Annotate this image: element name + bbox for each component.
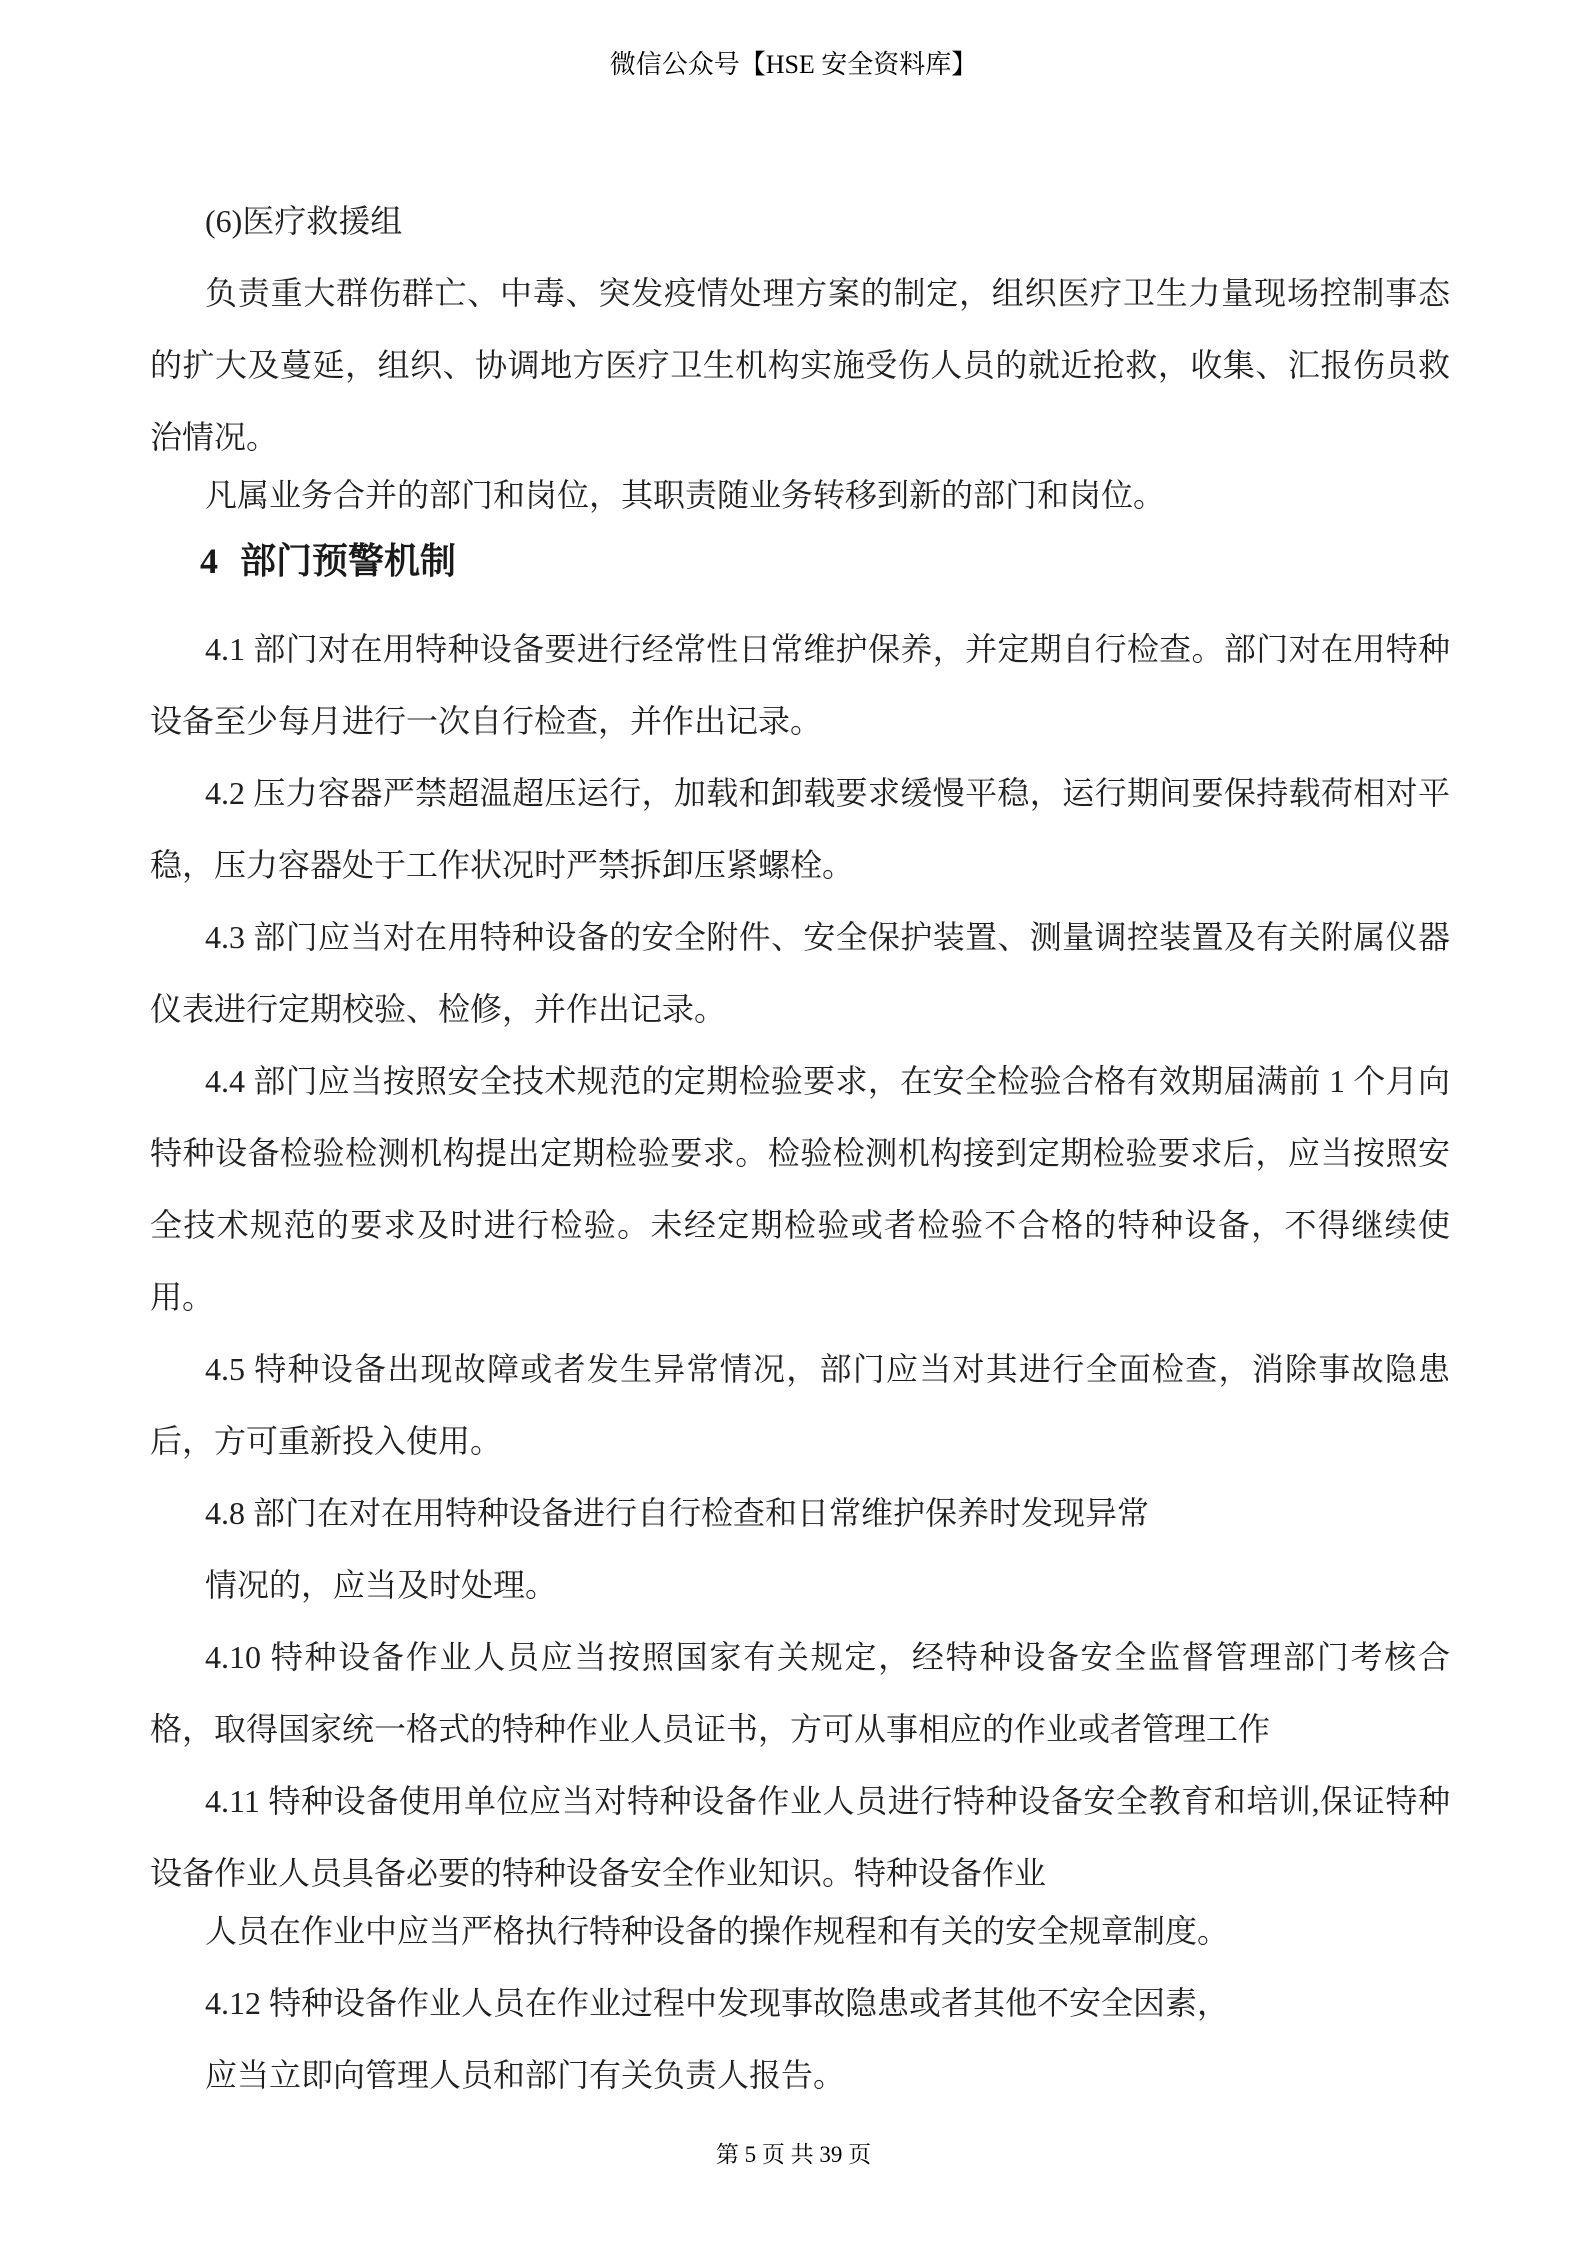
para-4-12: 4.12 特种设备作业人员在作业过程中发现事故隐患或者其他不安全因素， [150,1967,1450,2039]
para-medical-rescue-duties: 负责重大群伤群亡、中毒、突发疫情处理方案的制定，组织医疗卫生力量现场控制事态的扩… [150,257,1450,473]
para-4-2: 4.2 压力容器严禁超温超压运行，加载和卸载要求缓慢平稳，运行期间要保持载荷相对… [150,757,1450,901]
para-6-medical-rescue-group: (6)医疗救援组 [150,185,1450,257]
document-header: 微信公众号【HSE 安全资料库】 [0,48,1587,82]
para-4-4: 4.4 部门应当按照安全技术规范的定期检验要求，在安全检验合格有效期届满前 1 … [150,1045,1450,1333]
para-4-10: 4.10 特种设备作业人员应当按照国家有关规定，经特种设备安全监督管理部门考核合… [150,1621,1450,1765]
document-body: (6)医疗救援组 负责重大群伤群亡、中毒、突发疫情处理方案的制定，组织医疗卫生力… [150,185,1450,2111]
section-number: 4 [200,541,218,581]
para-merged-departments: 凡属业务合并的部门和岗位，其职责随业务转移到新的部门和岗位。 [150,459,1450,531]
para-4-8-continuation: 情况的，应当及时处理。 [150,1549,1450,1621]
para-4-12-continuation: 应当立即向管理人员和部门有关负责人报告。 [150,2039,1450,2111]
para-4-1: 4.1 部门对在用特种设备要进行经常性日常维护保养，并定期自行检查。部门对在用特… [150,613,1450,757]
para-4-5: 4.5 特种设备出现故障或者发生异常情况，部门应当对其进行全面检查，消除事故隐患… [150,1333,1450,1477]
page-footer: 第 5 页 共 39 页 [0,2140,1587,2170]
para-4-3: 4.3 部门应当对在用特种设备的安全附件、安全保护装置、测量调控装置及有关附属仪… [150,901,1450,1045]
para-4-11-continuation: 人员在作业中应当严格执行特种设备的操作规程和有关的安全规章制度。 [150,1895,1450,1967]
section-heading: 4部门预警机制 [150,537,1450,585]
para-4-11: 4.11 特种设备使用单位应当对特种设备作业人员进行特种设备安全教育和培训,保证… [150,1765,1450,1909]
section-title: 部门预警机制 [240,541,456,581]
para-4-8: 4.8 部门在对在用特种设备进行自行检查和日常维护保养时发现异常 [150,1477,1450,1549]
document-page: 微信公众号【HSE 安全资料库】 (6)医疗救援组 负责重大群伤群亡、中毒、突发… [0,0,1587,2245]
